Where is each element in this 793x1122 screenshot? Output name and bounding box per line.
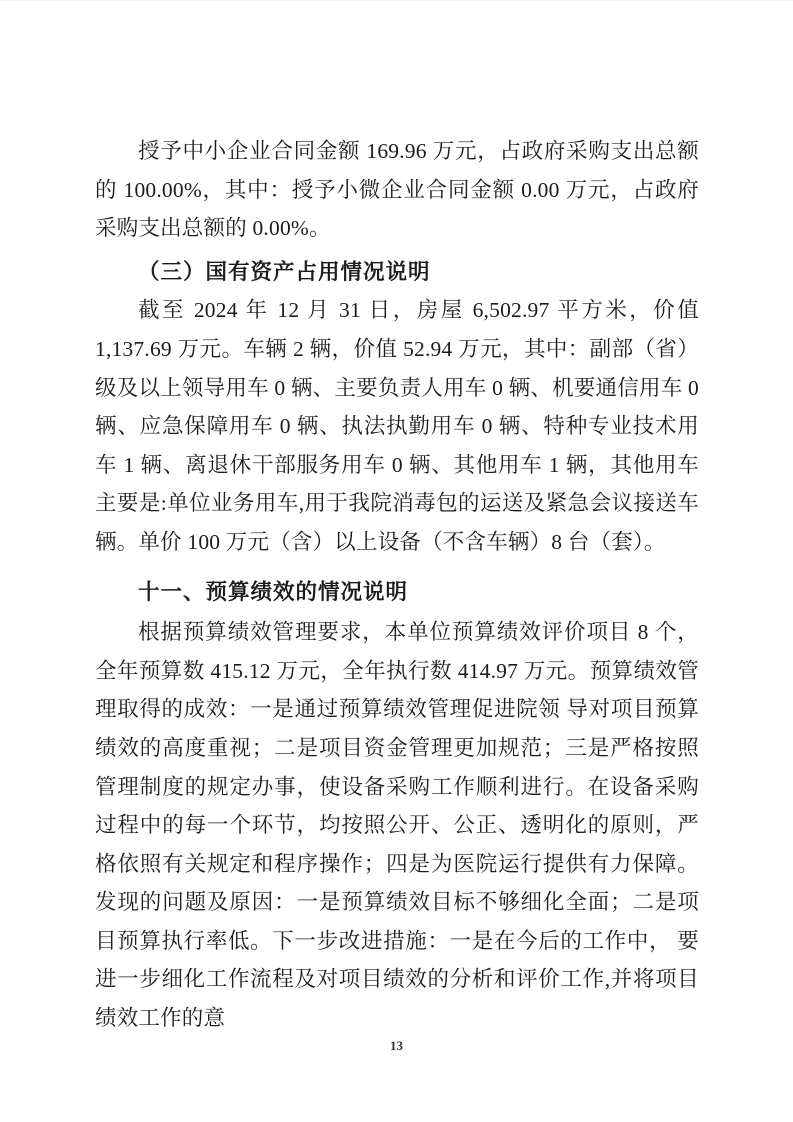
heading-budget-performance: 十一、预算绩效的情况说明 bbox=[95, 573, 699, 612]
document-page: 授予中小企业合同金额 169.96 万元，占政府采购支出总额的 100.00%，… bbox=[0, 0, 793, 1122]
heading-state-owned-assets: （三）国有资产占用情况说明 bbox=[95, 253, 699, 292]
page-number: 13 bbox=[0, 1038, 793, 1054]
paragraph-state-owned-assets-detail: 截至 2024 年 12 月 31 日，房屋 6,502.97 平方米，价值 1… bbox=[95, 291, 699, 561]
paragraph-smb-contract-amounts: 授予中小企业合同金额 169.96 万元，占政府采购支出总额的 100.00%，… bbox=[95, 132, 699, 248]
page-content: 授予中小企业合同金额 169.96 万元，占政府采购支出总额的 100.00%，… bbox=[95, 132, 699, 1038]
paragraph-budget-performance-detail: 根据预算绩效管理要求，本单位预算绩效评价项目 8 个，全年预算数 415.12 … bbox=[95, 613, 699, 1038]
